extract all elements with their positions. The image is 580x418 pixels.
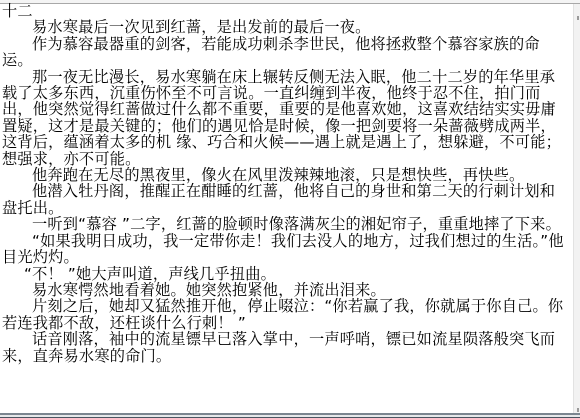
paragraph: 作为慕容最器重的剑客，若能成功刺杀李世民，他将拯救整个慕容家族的命运。 xyxy=(2,36,568,69)
scroll-marker-top xyxy=(577,16,579,20)
paragraph: 片刻之后，她却又猛然推开他，停止啜泣：“你若赢了我，你就属于你自己。你若连我都不… xyxy=(2,298,568,331)
paragraph: 易水寒最后一次见到红蔷，是出发前的最后一夜。 xyxy=(2,19,568,35)
paragraph: 易水寒愕然地看着她。她突然抱紧他，并流出泪来。 xyxy=(2,282,568,298)
paragraph: “不！ ”她大声叫道，声线几乎扭曲。 xyxy=(2,266,568,282)
paragraph: 那一夜无比漫长，易水寒躺在床上辗转反侧无法入眠，他二十二岁的年华里承载了太多东西… xyxy=(2,69,568,167)
paragraph: 一听到“慕容 ”二字，红蔷的脸顿时像落满灰尘的湘妃帘子，重重地摔了下来。 xyxy=(2,216,568,232)
document-body[interactable]: 十二 易水寒最后一次见到红蔷，是出发前的最后一夜。 作为慕容最器重的剑客，若能成… xyxy=(2,3,568,364)
paragraph: 他奔跑在无尽的黑夜里，像火在风里泼辣辣地滚，只是想快些，再快些。 xyxy=(2,167,568,183)
vertical-scrollbar[interactable] xyxy=(573,4,580,413)
paragraph: “如果我明日成功，我一定带你走！我们去没人的地方，过我们想过的生活。”他目光灼灼… xyxy=(2,233,568,266)
paragraph: 他潜入牡丹阁，推醒正在酣睡的红蔷，他将自己的身世和第二天的行刺计划和盘托出。 xyxy=(2,183,568,216)
chapter-title: 十二 xyxy=(2,3,568,19)
paragraph: 话音刚落，袖中的流星镖早已落入掌中，一声呼哨，镖已如流星陨落般突飞而来，直奔易水… xyxy=(2,331,568,364)
scroll-marker-bottom xyxy=(577,408,579,412)
window-bottom-border xyxy=(0,413,580,418)
